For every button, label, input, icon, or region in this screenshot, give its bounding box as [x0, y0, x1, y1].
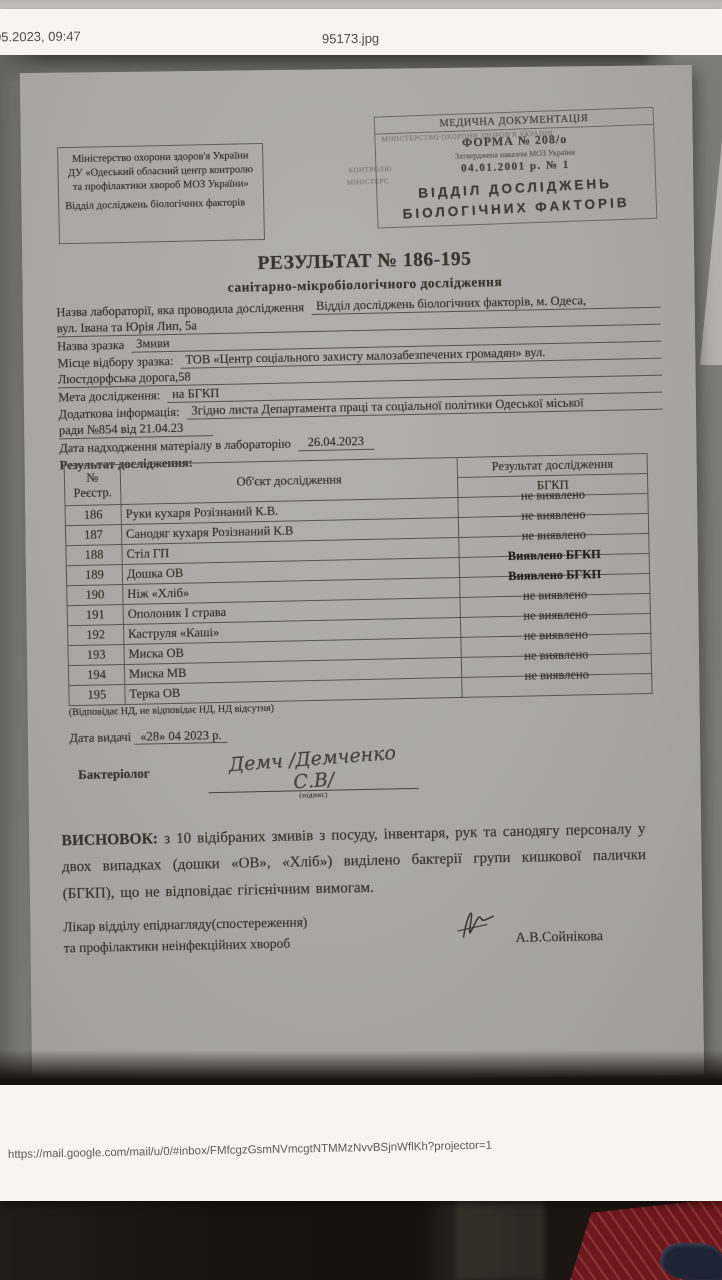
navy-fabric: [660, 1243, 722, 1280]
department-line: Відділ досліджень біологічних факторів: [65, 196, 257, 214]
bacteriologist-row: Бактеріолог Демч /Демченко С.В/ (підпис): [78, 755, 638, 783]
bacteriologist-label: Бактеріолог: [78, 765, 150, 781]
photo-shadow-bottom: [0, 1050, 722, 1085]
issue-date-value: «28» 04 2023 р.: [134, 728, 228, 745]
results-table: № Реєстр. Об'єкт дослідження Результат д…: [64, 453, 653, 706]
print-footer-url: https://mail.google.com/mail/u/0/#inbox/…: [8, 1140, 492, 1161]
ministry-org-box: Міністерство охорони здоров'я України ДУ…: [57, 143, 265, 244]
printed-page: 05.2023, 09:47 95173.jpg Міністерство ох…: [0, 9, 722, 1201]
conclusion-label: ВИСНОВОК:: [61, 830, 158, 849]
institution-line: ДУ «Одеський обласний центр контролю та …: [64, 163, 257, 195]
print-header-datetime: 05.2023, 09:47: [0, 29, 81, 45]
header-object: Об'єкт дослідження: [120, 457, 458, 504]
document-photo: Міністерство охорони здоров'я України ДУ…: [0, 55, 722, 1085]
header-no: № Реєстр.: [64, 465, 121, 506]
doctor-signature-scribble: [453, 904, 500, 943]
form-documentation-box: МЕДИЧНА ДОКУМЕНТАЦІЯ МІНІСТЕРСТВО ОХОРОН…: [374, 107, 658, 229]
stamp-faint-fragment: КОНТРОЛЮ: [348, 165, 392, 175]
issue-date-line: Дата видачі «28» 04 2023 р.: [69, 728, 227, 746]
print-header-filename: 95173.jpg: [322, 31, 379, 47]
table-highlight: [455, 1195, 545, 1280]
doctor-block: Лікар відділу епіднагляду(спостереження)…: [63, 905, 674, 960]
doctor-name: А.В.Сойнікова: [515, 926, 603, 950]
lab-result-document: Міністерство охорони здоров'я України ДУ…: [15, 62, 708, 1085]
bacteriologist-signature: Демч /Демченко С.В/ (підпис): [208, 746, 419, 801]
conclusion-paragraph: ВИСНОВОК: з 10 відібраних змивів з посуд…: [61, 815, 647, 907]
form-fields: Назва лабораторії, яка проводила дослідж…: [56, 291, 663, 474]
department-stamp: ВІДДІЛ ДОСЛІДЖЕНЬ БІОЛОГІЧНИХ ФАКТОРІВ: [365, 171, 667, 227]
paper-sheet: Міністерство охорони здоров'я України ДУ…: [20, 65, 704, 1083]
screenshot-root: { "print_page": { "header": { "datetime"…: [0, 0, 722, 1280]
